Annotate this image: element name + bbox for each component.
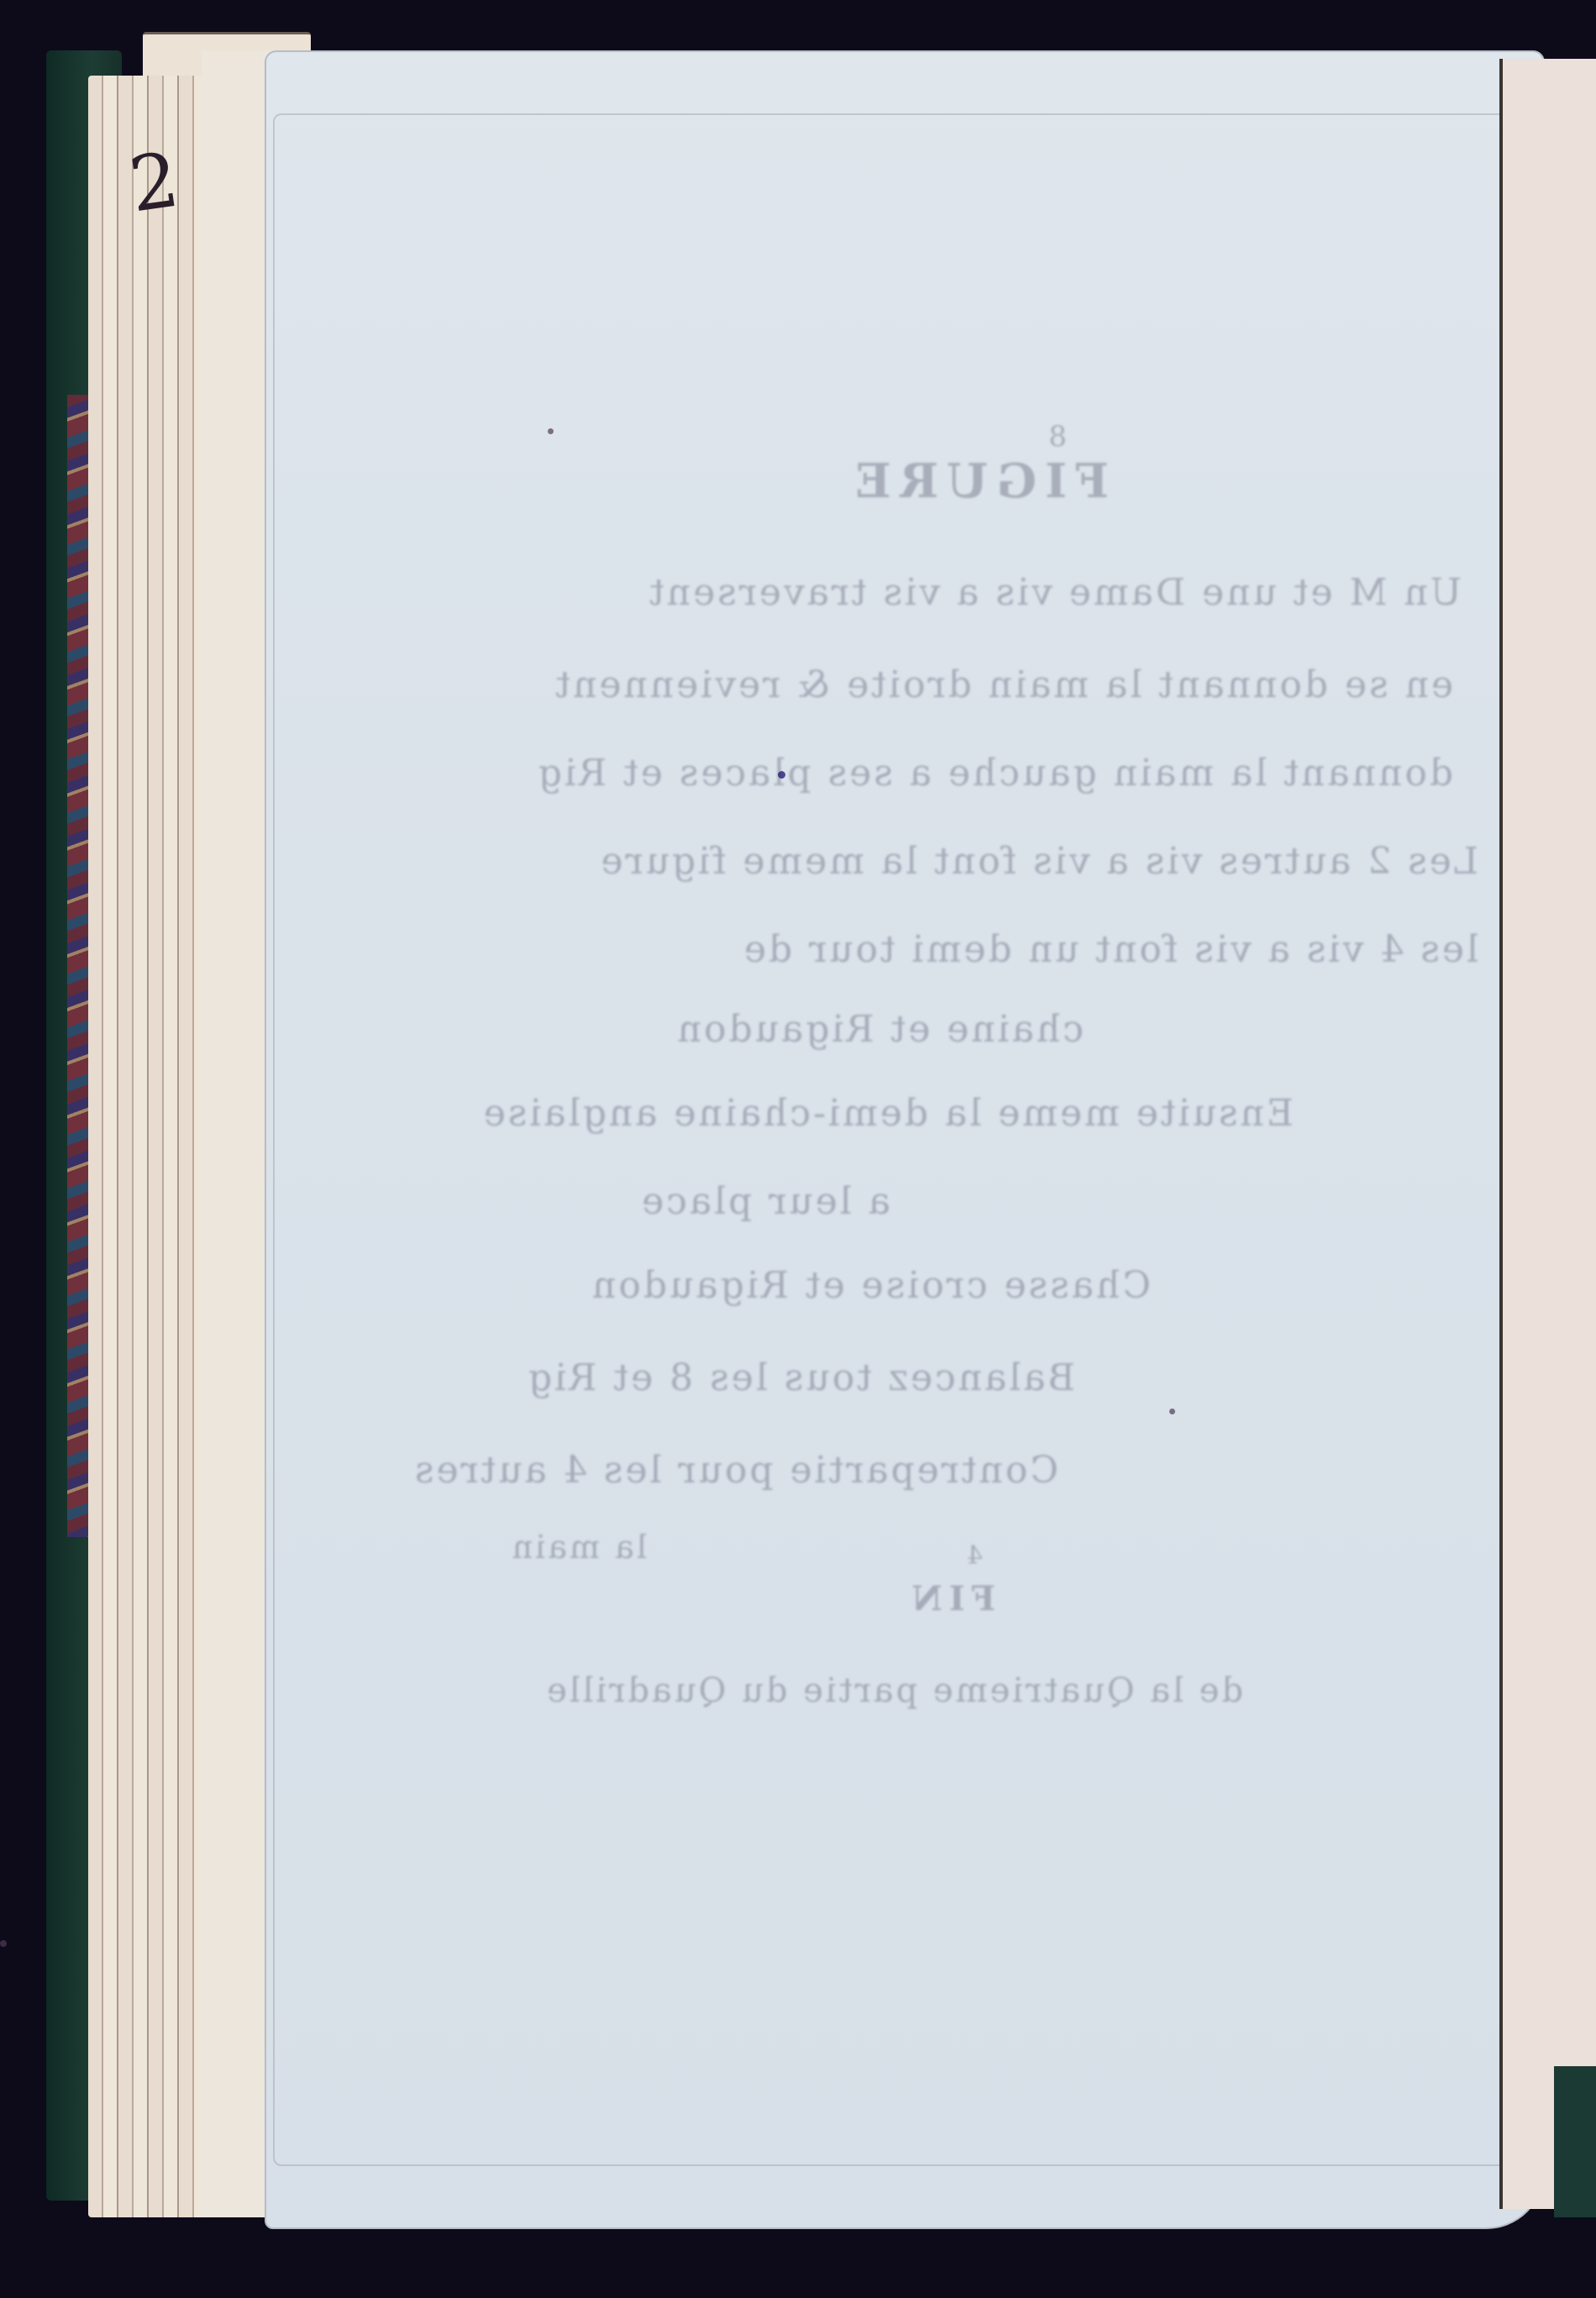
bleed-line-2: en se donnant la main droite & reviennen… [553, 664, 1453, 706]
bleed-line-1: Un M et une Dame vis a vis traversent [647, 571, 1462, 614]
book-photo: 2 8 FIGURE Un M et une Dame vis a vis tr… [0, 0, 1596, 2298]
bleed-fin: FIN [905, 1579, 995, 1619]
bleed-line-9: Chasse croise et Rigaudon [590, 1264, 1151, 1307]
bleed-line-6: chaine et Rigaudon [675, 1008, 1084, 1051]
bleed-line-7: Ensuite meme la demi-chaine anglaise [481, 1092, 1294, 1135]
bleed-line-11: Contrepartie pour les 4 autres [412, 1449, 1058, 1492]
bleed-footer: de la Quatrieme partie du Quadrille [544, 1671, 1243, 1710]
ink-spot [0, 1940, 7, 1947]
heading-number: 8 [1046, 420, 1067, 454]
book-cover-right [1554, 2066, 1596, 2217]
bleed-line-12: la main [510, 1529, 647, 1566]
ink-spot [778, 771, 785, 779]
page-plate-mark [273, 113, 1532, 2166]
closing-number: 4 [964, 1541, 983, 1571]
bleed-line-3: donnant la main gauche a ses places et R… [536, 752, 1453, 795]
ink-spot [548, 428, 554, 434]
bleed-line-5: les 4 vis a vis font un demi tour de [742, 928, 1478, 971]
ink-spot [1169, 1409, 1175, 1414]
facing-page [1499, 59, 1596, 2209]
bleed-line-10: Balancez tous les 8 et Rig [526, 1356, 1075, 1399]
bleed-line-8: a leur place [639, 1180, 890, 1223]
bleed-line-4: Les 2 autres vis a vis font la meme figu… [599, 840, 1478, 883]
bleed-title: FIGURE [847, 454, 1109, 509]
